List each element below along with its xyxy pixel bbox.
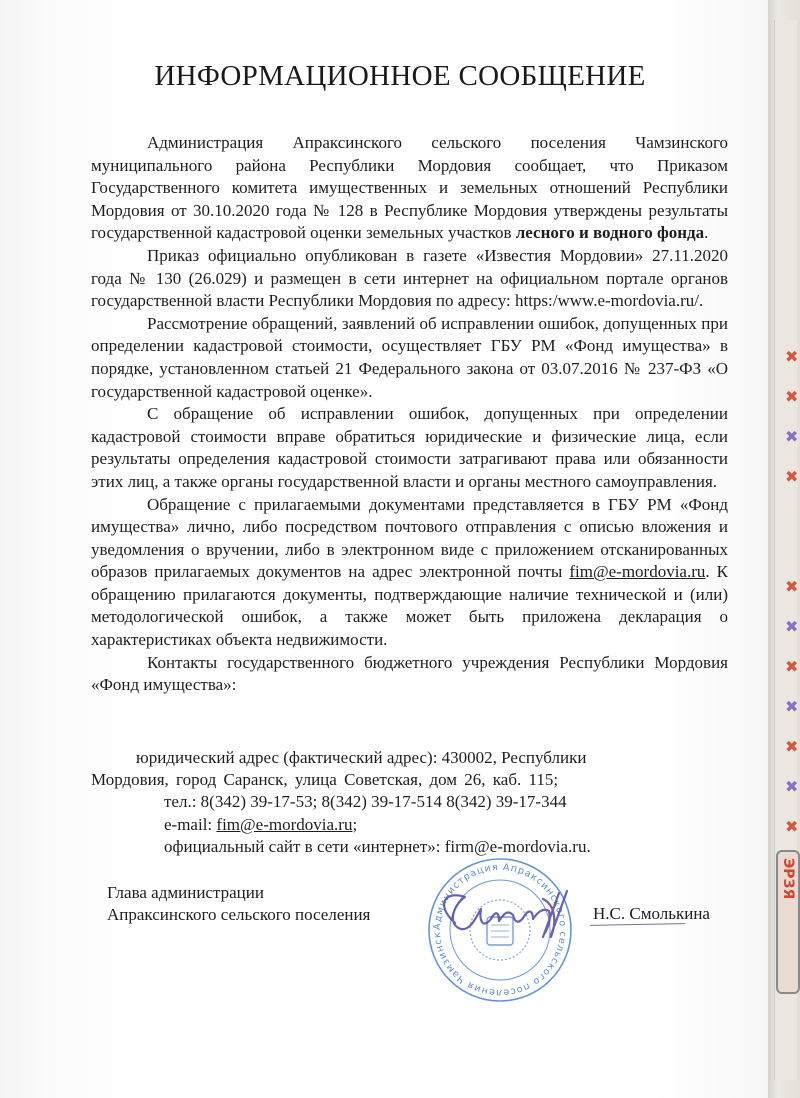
website-line: официальный сайт в сети «интернет»: firm… xyxy=(91,836,728,858)
ornament-icon: ✖ xyxy=(785,620,800,634)
ornament-icon: ✖ xyxy=(785,780,800,794)
email-link[interactable]: fim@e-mordovia.ru xyxy=(216,815,352,834)
background-label-text: ЭРЗЯ xyxy=(780,858,796,899)
ornament-icon: ✖ xyxy=(785,470,800,484)
ornament-icon: ✖ xyxy=(785,700,800,714)
ornament-icon: ✖ xyxy=(785,390,800,404)
handwritten-signature-icon xyxy=(425,885,595,945)
signer-name: Н.С. Смолькина xyxy=(593,904,710,924)
email-label: e-mail: xyxy=(164,815,216,834)
address-line-1: юридический адрес (фактический адрес): 4… xyxy=(91,747,728,769)
background-object-edge: ✖ ✖ ✖ ✖ ✖ ✖ ✖ ✖ ✖ ✖ ✖ ЭРЗЯ xyxy=(768,0,800,1098)
contacts-block: юридический адрес (фактический адрес): 4… xyxy=(91,747,728,858)
ornament-icon: ✖ xyxy=(785,660,800,674)
email-link[interactable]: fim@e-mordovia.ru xyxy=(569,562,705,581)
ornament-icon: ✖ xyxy=(785,580,800,594)
paragraph-eligibility: С обращение об исправлении ошибок, допущ… xyxy=(91,403,728,493)
ornament-icon: ✖ xyxy=(785,820,800,834)
phone-line: тел.: 8(342) 39-17-53; 8(342) 39-17-514 … xyxy=(91,791,728,813)
paragraph-text: . xyxy=(704,223,708,242)
paragraph-announcement: Администрация Апраксинского сельского по… xyxy=(91,132,728,245)
ornament-icon: ✖ xyxy=(785,740,800,754)
paragraph-publication: Приказ официально опубликован в газете «… xyxy=(91,245,728,313)
document-body: Администрация Апраксинского сельского по… xyxy=(91,132,728,697)
signer-position-line-1: Глава администрации xyxy=(107,882,370,904)
signer-position-line-2: Апраксинского сельского поселения xyxy=(107,904,370,926)
signature-block: Глава администрации Апраксинского сельск… xyxy=(107,882,370,926)
email-line: e-mail: fim@e-mordovia.ru; xyxy=(91,814,728,836)
background-label: ЭРЗЯ xyxy=(776,850,800,994)
paragraph-review: Рассмотрение обращений, заявлений об исп… xyxy=(91,313,728,403)
paragraph-submission: Обращение с прилагаемыми документами пре… xyxy=(91,494,728,652)
document-title: ИНФОРМАЦИОННОЕ СООБЩЕНИЕ xyxy=(0,60,800,93)
ornament-icon: ✖ xyxy=(785,350,800,364)
email-suffix: ; xyxy=(352,815,357,834)
address-line-2: Мордовия, город Саранск, улица Советская… xyxy=(91,769,728,791)
paragraph-contacts-heading: Контакты государственного бюджетного учр… xyxy=(91,652,728,697)
bold-emphasis: лесного и водного фонда xyxy=(516,223,704,242)
ornament-icon: ✖ xyxy=(785,430,800,444)
